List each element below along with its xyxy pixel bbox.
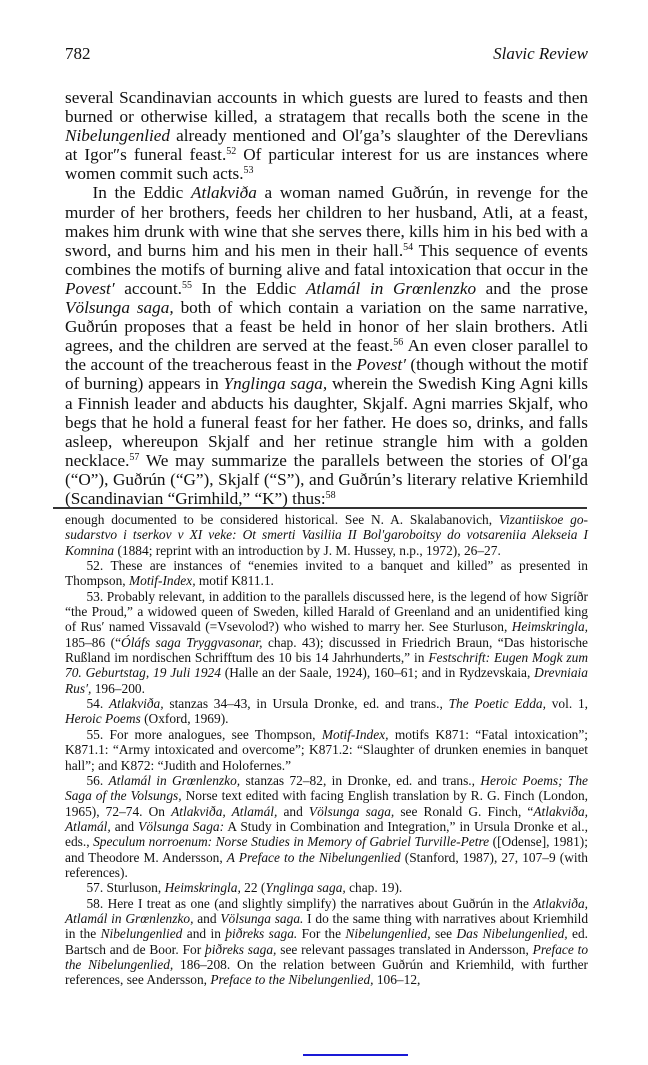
italic-title: Völsunga saga. [220, 911, 303, 926]
text-run: see [431, 926, 457, 941]
body-paragraph: several Scandinavian accounts in which g… [65, 88, 588, 183]
italic-title: Ynglinga saga, [224, 374, 328, 393]
text-run: chap. 19). [346, 880, 403, 895]
italic-title: Ynglinga saga, [265, 880, 345, 895]
italic-title: Preface to the Nibelungenlied, [210, 972, 373, 987]
footnote-number: 53. [86, 589, 106, 604]
text-run: vol. 1, [546, 696, 588, 711]
italic-title: Nibelungenlied [101, 926, 183, 941]
text-run: enough documented to be considered histo… [65, 512, 499, 527]
italic-title: Motif-Index, [129, 573, 196, 588]
scan-boundary-line [303, 1054, 408, 1056]
footnote-reference: 56 [393, 337, 403, 348]
italic-title: Heimskringla, [165, 880, 241, 895]
italic-title: Heroic Poems [65, 711, 141, 726]
italic-title: Atlakviða, Atlamál, [171, 804, 277, 819]
text-run: and [111, 819, 138, 834]
italic-title: Óláfs saga Tryggvasonar, [121, 635, 262, 650]
italic-title: Das Nibelun­genlied, [456, 926, 567, 941]
text-run: see Ronald G. Finch, “ [394, 804, 533, 819]
text-run: In the Eddic [192, 279, 306, 298]
text-run: (Halle an der Saale, 1924), 160–61; and … [221, 665, 534, 680]
italic-title: Povest′ [356, 355, 406, 374]
text-run: (1884; reprint with an introduction by J… [114, 543, 501, 558]
italic-title: The Poetic Edda, [449, 696, 546, 711]
italic-title: Nibelungenlied [65, 126, 170, 145]
text-run: Sturluson, [107, 880, 165, 895]
italic-title: Völsunga saga, [309, 804, 394, 819]
text-run: stanzas 72–82, in Dronke, ed. and trans.… [240, 773, 480, 788]
text-run: 106–12, [374, 972, 421, 987]
text-run: motif K811.1. [196, 573, 274, 588]
footnote: 58. Here I treat as one (and slightly si… [65, 896, 588, 988]
text-run: 196–200. [91, 681, 145, 696]
body-paragraph: In the Eddic Atlakviða a woman named Guð… [65, 183, 588, 508]
journal-title: Slavic Review [493, 44, 588, 64]
footnote-reference: 58 [326, 490, 336, 501]
italic-title: Motif-Index, [322, 727, 389, 742]
footnote-reference: 54 [403, 242, 413, 253]
footnote: 56. Atlamál in Grœnlenzko, stanzas 72–82… [65, 773, 588, 880]
italic-title: Völsunga Saga: [138, 819, 224, 834]
italic-title: Heimskringla, [512, 619, 588, 634]
footnote-reference: 52 [226, 146, 236, 157]
footnote-number: 55. [86, 727, 109, 742]
footnote: 53. Probably relevant, in addition to th… [65, 589, 588, 696]
text-run: several Scandinavian accounts in which g… [65, 88, 588, 126]
text-run: In the Eddic [93, 183, 191, 202]
italic-title: Speculum norroenum: Norse Studies in Mem… [93, 834, 489, 849]
footnote: 55. For more analogues, see Thompson, Mo… [65, 727, 588, 773]
text-run: Here I treat as one (and slightly simpli… [108, 896, 534, 911]
footnote-number: 58. [86, 896, 107, 911]
text-run: and in [182, 926, 225, 941]
italic-title: Atlamál in Grœnlenzko [306, 279, 476, 298]
footnote-separator-rule [53, 507, 587, 509]
text-run: and [193, 911, 220, 926]
italic-title: Atlakviða [191, 183, 257, 202]
italic-title: Nibelungenlied, [345, 926, 430, 941]
footnote-number: 56. [86, 773, 108, 788]
footnotes-section: enough documented to be considered histo… [65, 512, 588, 988]
italic-title: þiðreks saga. [225, 926, 297, 941]
footnote-reference: 55 [182, 280, 192, 291]
text-run: and [277, 804, 309, 819]
italic-title: Atlamál in Grœnlenzko, [109, 773, 241, 788]
running-head: 782 Slavic Review [65, 44, 588, 66]
footnote-number: 57. [86, 880, 106, 895]
page-number: 782 [65, 44, 91, 64]
text-run: stanzas 34–43, in Ursula Dronke, ed. and… [164, 696, 449, 711]
footnote: 52. These are instances of “enemies invi… [65, 558, 588, 589]
footnote-reference: 53 [244, 165, 254, 176]
text-run: see relevant passages translated in An­d… [276, 942, 532, 957]
footnote-number: 54. [86, 696, 109, 711]
text-run: account. [115, 279, 182, 298]
footnote: 54. Atlakviða, stanzas 34–43, in Ursula … [65, 696, 588, 727]
text-run: For more analogues, see Thompson, [110, 727, 322, 742]
italic-title: A Preface to the Nibelungenlied [227, 850, 401, 865]
footnote-number: 52. [86, 558, 110, 573]
text-run: 22 ( [241, 880, 266, 895]
footnote-continuation: enough documented to be considered histo… [65, 512, 588, 558]
footnote: 57. Sturluson, Heimskringla, 22 (Yngling… [65, 880, 588, 895]
text-run: (Oxford, 1969). [141, 711, 229, 726]
footnote-reference: 57 [129, 452, 139, 463]
text-run: Probably relevant, in addition to the pa… [65, 589, 588, 635]
italic-title: Povest′ [65, 279, 115, 298]
italic-title: þiðreks saga, [205, 942, 276, 957]
text-run: and the prose [476, 279, 588, 298]
text-run: 185–86 (“ [65, 635, 121, 650]
italic-title: Atlakviða, [109, 696, 164, 711]
text-run: For the [297, 926, 345, 941]
main-body-text: several Scandinavian accounts in which g… [65, 88, 588, 508]
italic-title: Völsunga saga, [65, 298, 174, 317]
